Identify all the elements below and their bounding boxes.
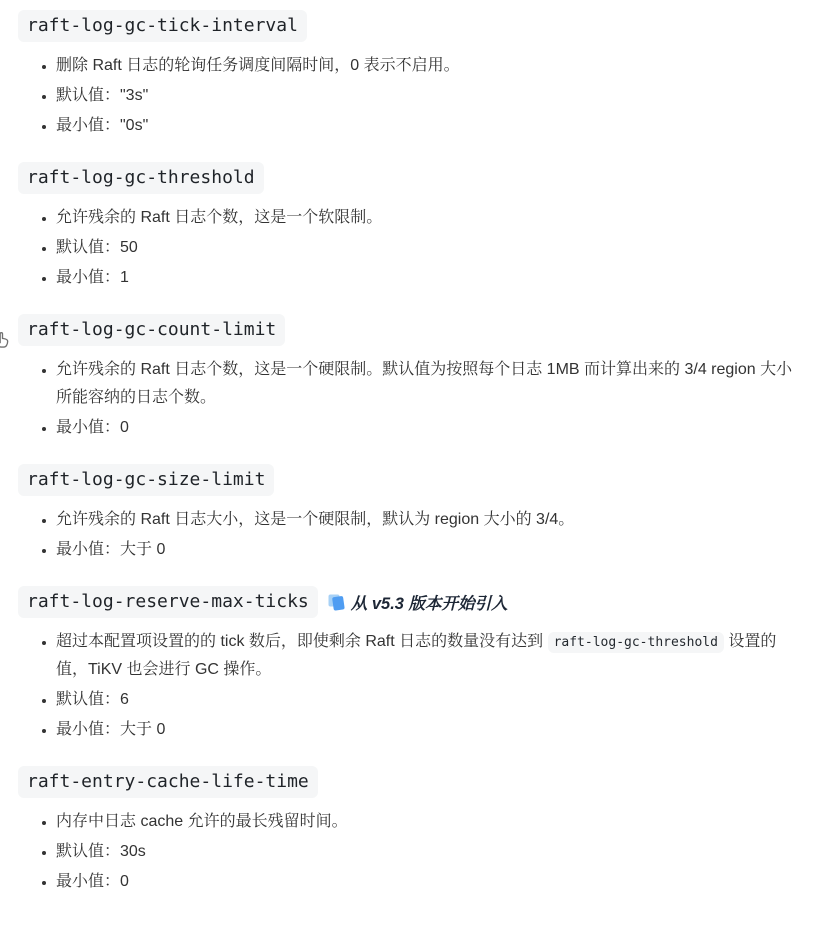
- config-heading: raft-log-gc-count-limit: [18, 314, 800, 346]
- bullet-text: 允许残余的 Raft 日志大小，这是一个硬限制，默认为 region 大小的 3…: [56, 511, 574, 528]
- bullet-text: 允许残余的 Raft 日志个数，这是一个软限制。: [56, 209, 382, 226]
- bullet-text: 最小值：0: [56, 419, 129, 436]
- bullet-list: 允许残余的 Raft 日志大小，这是一个硬限制，默认为 region 大小的 3…: [18, 506, 800, 564]
- list-item: 最小值：0: [56, 414, 800, 442]
- list-item: 最小值：0: [56, 868, 800, 896]
- list-item: 删除 Raft 日志的轮询任务调度间隔时间，0 表示不启用。: [56, 52, 800, 80]
- bullet-text: 默认值：30s: [56, 843, 146, 860]
- bullet-list: 允许残余的 Raft 日志个数，这是一个硬限制。默认值为按照每个日志 1MB 而…: [18, 356, 800, 442]
- list-item: 默认值：30s: [56, 838, 800, 866]
- config-heading: raft-log-reserve-max-ticks从 v5.3 版本开始引入: [18, 586, 800, 618]
- list-item: 最小值：1: [56, 264, 800, 292]
- bullet-list: 超过本配置项设置的的 tick 数后，即使剩余 Raft 日志的数量没有达到 r…: [18, 628, 800, 744]
- bullet-text: 默认值：50: [56, 239, 138, 256]
- list-item: 默认值："3s": [56, 82, 800, 110]
- version-badge: 从 v5.3 版本开始引入: [327, 590, 508, 614]
- bullet-text: 允许残余的 Raft 日志个数，这是一个硬限制。默认值为按照每个日志 1MB 而…: [56, 361, 792, 406]
- version-badge-text: 从 v5.3 版本开始引入: [351, 590, 508, 614]
- bullet-text: 最小值：0: [56, 873, 129, 890]
- config-heading-code: raft-log-reserve-max-ticks: [18, 586, 318, 618]
- config-heading: raft-log-gc-tick-interval: [18, 10, 800, 42]
- inline-code: raft-log-gc-threshold: [548, 632, 724, 653]
- bullet-text: 内存中日志 cache 允许的最长残留时间。: [56, 813, 348, 830]
- list-item: 内存中日志 cache 允许的最长残留时间。: [56, 808, 800, 836]
- list-item: 最小值："0s": [56, 112, 800, 140]
- bullet-text: 最小值："0s": [56, 117, 148, 134]
- config-heading-code: raft-log-gc-size-limit: [18, 464, 274, 496]
- list-item: 超过本配置项设置的的 tick 数后，即使剩余 Raft 日志的数量没有达到 r…: [56, 628, 800, 684]
- config-heading-code: raft-log-gc-tick-interval: [18, 10, 307, 42]
- config-heading: raft-entry-cache-life-time: [18, 766, 800, 798]
- bullet-text: 最小值：大于 0: [56, 541, 165, 558]
- list-item: 允许残余的 Raft 日志个数，这是一个软限制。: [56, 204, 800, 232]
- config-heading-code: raft-entry-cache-life-time: [18, 766, 318, 798]
- bullet-list: 删除 Raft 日志的轮询任务调度间隔时间，0 表示不启用。默认值："3s"最小…: [18, 52, 800, 140]
- bullet-list: 内存中日志 cache 允许的最长残留时间。默认值：30s最小值：0: [18, 808, 800, 896]
- bullet-text: 最小值：1: [56, 269, 129, 286]
- config-heading-code: raft-log-gc-threshold: [18, 162, 264, 194]
- bullet-list: 允许残余的 Raft 日志个数，这是一个软限制。默认值：50最小值：1: [18, 204, 800, 292]
- list-item: 最小值：大于 0: [56, 716, 800, 744]
- doc-content: raft-log-gc-tick-interval删除 Raft 日志的轮询任务…: [0, 0, 816, 896]
- bullet-text: 最小值：大于 0: [56, 721, 165, 738]
- bullet-text: 超过本配置项设置的的 tick 数后，即使剩余 Raft 日志的数量没有达到: [56, 633, 548, 650]
- bullet-text: 默认值：6: [56, 691, 129, 708]
- list-item: 允许残余的 Raft 日志大小，这是一个硬限制，默认为 region 大小的 3…: [56, 506, 800, 534]
- list-item: 允许残余的 Raft 日志个数，这是一个硬限制。默认值为按照每个日志 1MB 而…: [56, 356, 800, 412]
- config-heading: raft-log-gc-threshold: [18, 162, 800, 194]
- pages-icon: [327, 594, 345, 611]
- bullet-text: 默认值："3s": [56, 87, 148, 104]
- bullet-text: 删除 Raft 日志的轮询任务调度间隔时间，0 表示不启用。: [56, 57, 460, 74]
- config-heading: raft-log-gc-size-limit: [18, 464, 800, 496]
- list-item: 默认值：6: [56, 686, 800, 714]
- list-item: 默认值：50: [56, 234, 800, 262]
- list-item: 最小值：大于 0: [56, 536, 800, 564]
- config-heading-code: raft-log-gc-count-limit: [18, 314, 285, 346]
